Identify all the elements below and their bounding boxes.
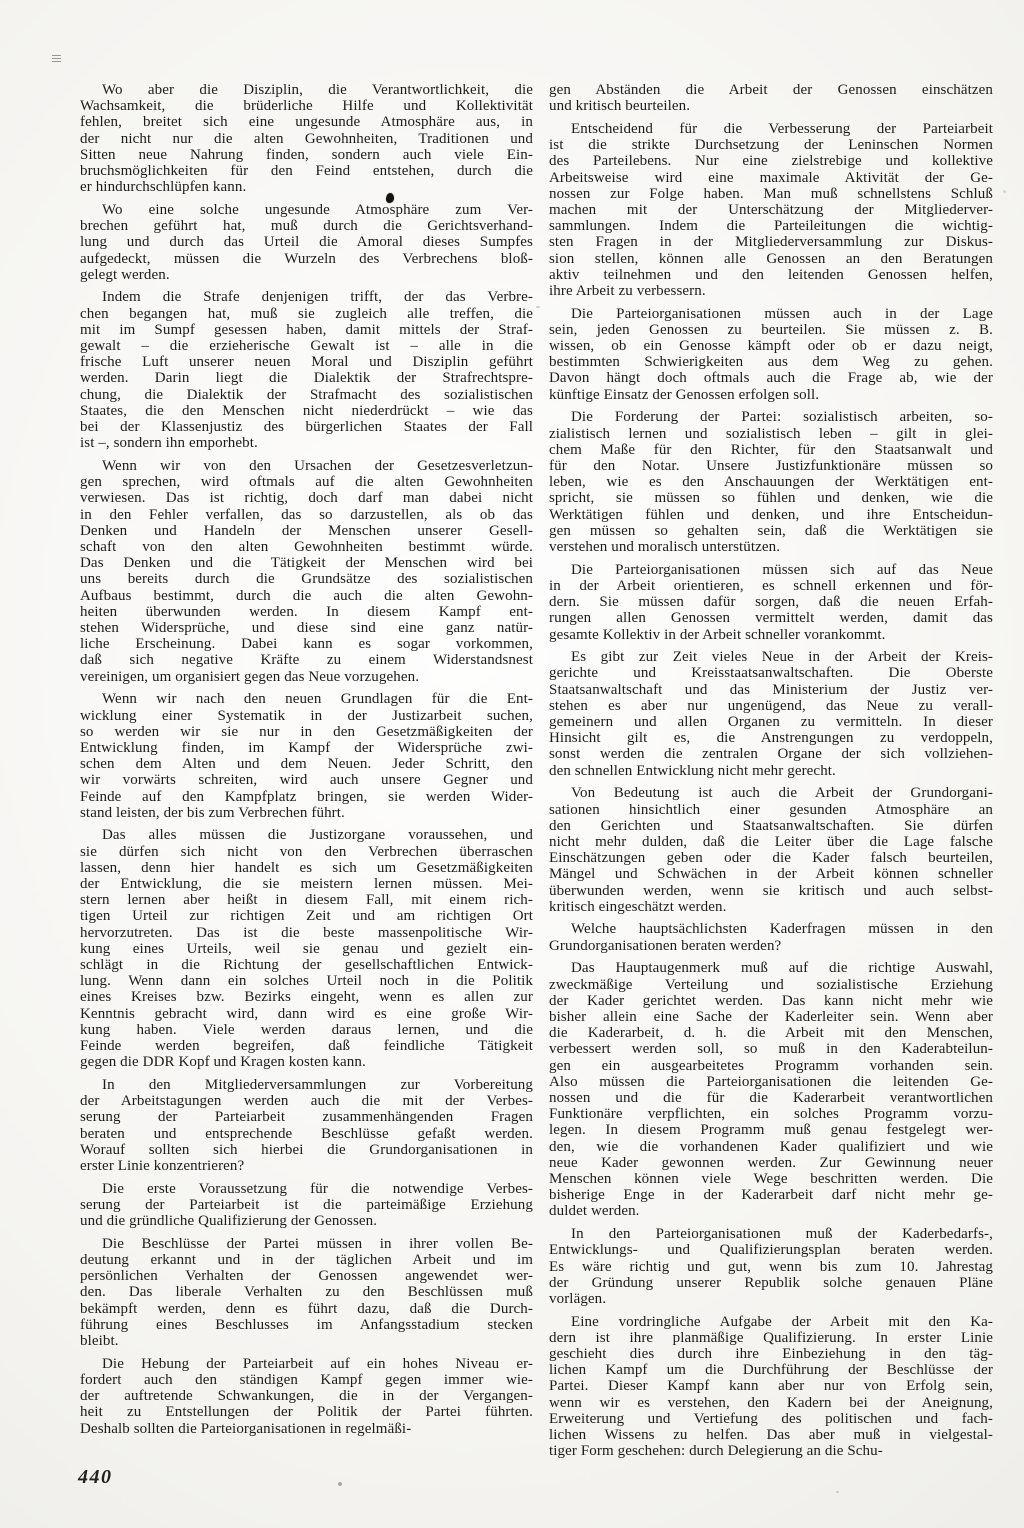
- text-line: Feinde auf den Kampfplatz bringen, sie w…: [80, 789, 533, 805]
- text-line: leben, wie es den Anschauungen der Werkt…: [549, 474, 993, 490]
- text-line: sonst werden die zentralen Organe der si…: [549, 746, 993, 762]
- text-line: so werden wir sie nur in den Gesetzmäßig…: [80, 724, 533, 740]
- text-line: ist die strikte Durchsetzung der Leninsc…: [549, 137, 993, 153]
- text-line: gen sprechen, wird oftmals auf die alten…: [80, 474, 533, 490]
- text-line: Die Parteiorganisationen müssen sich auf…: [549, 562, 993, 578]
- paragraph: Wo aber die Disziplin, die Verantwortlic…: [80, 82, 533, 195]
- text-line: den schnellen Entwicklung nicht mehr ger…: [549, 763, 993, 779]
- text-line: und die gründliche Qualifizierung der Ge…: [80, 1213, 533, 1229]
- text-line: heiten überwunden werden. In diesem Kamp…: [80, 604, 533, 620]
- text-line: für den Notar. Unsere Justizfunktionäre …: [549, 458, 993, 474]
- text-line: sten Fragen in der Mitgliederversammlung…: [549, 234, 993, 250]
- text-line: heit zu Entstellungen der Politik der Pa…: [80, 1404, 533, 1420]
- paragraph: Das alles müssen die Justizorgane voraus…: [80, 827, 533, 1070]
- text-line: Die Hebung der Parteiarbeit auf ein hohe…: [80, 1356, 533, 1372]
- text-line: und kritisch beurteilen.: [549, 98, 993, 114]
- text-line: schlägt in die Richtung der gesellschaft…: [80, 957, 533, 973]
- text-line: Mängel und Schwächen in der Arbeit könne…: [549, 866, 993, 882]
- text-line: lichen Kampf um die Durchführung der Bes…: [549, 1362, 993, 1378]
- text-line: rungen allen Genossen vermittelt werden,…: [549, 610, 993, 626]
- document-page: Wo aber die Disziplin, die Verantwortlic…: [0, 0, 1024, 1528]
- text-line: Staatsanwaltschaft und das Ministerium d…: [549, 682, 993, 698]
- text-line: Werktätigen fühlen und denken, und ihre …: [549, 507, 993, 523]
- text-line: sein, jeden Genossen zu beurteilen. Sie …: [549, 322, 993, 338]
- scan-speck-artifact: [536, 306, 540, 308]
- text-line: erster Linie konzentrieren?: [80, 1158, 533, 1174]
- text-line: wissen, ob ein Genosse kämpft oder ob er…: [549, 338, 993, 354]
- paragraph: Entscheidend für die Verbesserung der Pa…: [549, 121, 993, 299]
- text-line: verstehen und moralisch unterstützen.: [549, 539, 993, 555]
- text-line: verwiesen. Das ist richtig, doch darf ma…: [80, 490, 533, 506]
- text-line: Das alles müssen die Justizorgane voraus…: [80, 827, 533, 843]
- text-line: in der Arbeit orientieren, es schnell er…: [549, 578, 993, 594]
- text-line: den, wie die vorhandenen Kader qualifizi…: [549, 1139, 993, 1155]
- text-line: Funktionäre verpflichten, ein solches Pr…: [549, 1106, 993, 1122]
- text-line: ist –, sondern ihn emporhebt.: [80, 435, 533, 451]
- paragraph: gen Abständen die Arbeit der Genossen ei…: [549, 82, 993, 114]
- text-line: brechen geführt hat, muß durch die Geric…: [80, 218, 533, 234]
- paragraph: Wenn wir von den Ursachen der Gesetzesve…: [80, 458, 533, 685]
- text-line: ihre Arbeit zu verbessern.: [549, 283, 993, 299]
- text-line: schaft von den alten Gewohnheiten bestim…: [80, 539, 533, 555]
- text-line: den Gerichten und Staatsanwaltschaften. …: [549, 818, 993, 834]
- text-line: Wo eine solche ungesunde Atmosphäre zum …: [80, 202, 533, 218]
- text-line: bisherige Enge in der Kaderarbeit darf n…: [549, 1187, 993, 1203]
- paragraph: Die Parteiorganisationen müssen auch in …: [549, 306, 993, 403]
- text-line: Entwicklung finden, im Kampf der Widersp…: [80, 740, 533, 756]
- text-line: Staates, die den Menschen nicht niederdr…: [80, 403, 533, 419]
- text-line: künftige Einsatz der Genossen erfolgen s…: [549, 387, 993, 403]
- text-line: In den Mitgliederversammlungen zur Vorbe…: [80, 1077, 533, 1093]
- text-line: Von Bedeutung ist auch die Arbeit der Gr…: [549, 785, 993, 801]
- text-line: Wachsamkeit, die brüderliche Hilfe und K…: [80, 98, 533, 114]
- text-line: den. Das liberale Verhalten zu den Besch…: [80, 1284, 533, 1300]
- text-line: Das Denken und die Tätigkeit der Mensche…: [80, 555, 533, 571]
- text-line: liche Erscheinung. Dabei kann es sogar v…: [80, 636, 533, 652]
- text-line: spricht, sie müssen so fühlen und denken…: [549, 490, 993, 506]
- text-line: der Gründung unserer Republik solche gen…: [549, 1275, 993, 1291]
- text-line: nicht mehr dulden, daß die Leiter über d…: [549, 834, 993, 850]
- text-line: frische Luft unserer neuen Moral und Dis…: [80, 354, 533, 370]
- paragraph: Es gibt zur Zeit vieles Neue in der Arbe…: [549, 649, 993, 779]
- text-line: Indem die Strafe denjenigen trifft, der …: [80, 289, 533, 305]
- text-line: bestimmten Schwierigkeiten aus dem Weg z…: [549, 354, 993, 370]
- text-line: tigen Urteil zur richtigen Zeit und am r…: [80, 908, 533, 924]
- text-line: schen dem Alten und dem Neuen. Jeder Sch…: [80, 756, 533, 772]
- text-line: lichen Wissens zu helfen. Das aber muß i…: [549, 1427, 993, 1443]
- text-line: gerichte und Kreisstaatsanwaltschaften. …: [549, 665, 993, 681]
- page-number: 440: [78, 1466, 113, 1489]
- text-line: daß sich negative Kräfte zu einem Widers…: [80, 652, 533, 668]
- text-line: Denken und Handeln der Menschen unserer …: [80, 523, 533, 539]
- paragraph: Die Forderung der Partei: sozialistisch …: [549, 409, 993, 555]
- text-line: zialistisch lernen und sozialistisch leb…: [549, 426, 993, 442]
- text-line: Wenn wir von den Ursachen der Gesetzesve…: [80, 458, 533, 474]
- paragraph: Wo eine solche ungesunde Atmosphäre zum …: [80, 202, 533, 283]
- text-line: Die erste Voraussetzung für die notwendi…: [80, 1181, 533, 1197]
- text-line: gen müssen so gehalten sein, daß die Wer…: [549, 523, 993, 539]
- text-line: bisher allein eine Sache der Kaderleiter…: [549, 1009, 993, 1025]
- paragraph: Die Parteiorganisationen müssen sich auf…: [549, 562, 993, 643]
- text-line: dern ist ihre planmäßige Qualifizierung.…: [549, 1330, 993, 1346]
- paragraph: Eine vordringliche Aufgabe der Arbeit mi…: [549, 1314, 993, 1460]
- text-line: gemeinern und allen Organen zu vermittel…: [549, 714, 993, 730]
- paragraph: Indem die Strafe denjenigen trifft, der …: [80, 289, 533, 451]
- text-line: Welche hauptsächlichsten Kaderfragen müs…: [549, 921, 993, 937]
- text-line: Wo aber die Disziplin, die Verantwortlic…: [80, 82, 533, 98]
- text-line: deutung erkannt und in der täglichen Arb…: [80, 1252, 533, 1268]
- scan-speck-artifact: [1003, 190, 1006, 193]
- text-line: gegen die DDR Kopf und Kragen kosten kan…: [80, 1054, 533, 1070]
- text-line: überwunden werden, wenn sie kritisch und…: [549, 883, 993, 899]
- text-line: chung, die Dialektik der Strafmacht des …: [80, 387, 533, 403]
- text-line: werden. Darin liegt die Dialektik der St…: [80, 370, 533, 386]
- text-line: aktiv teilnehmen und den leitenden Genos…: [549, 267, 993, 283]
- text-line: vereinigen, um organisiert gegen das Neu…: [80, 669, 533, 685]
- text-line: bei der Klassenjustiz des bürgerlichen S…: [80, 419, 533, 435]
- text-line: Einschätzungen geben oder die Kader fals…: [549, 850, 993, 866]
- text-line: bekämpft werden, denn es führt dazu, daß…: [80, 1301, 533, 1317]
- text-line: Das Hauptaugenmerk muß auf die richtige …: [549, 960, 993, 976]
- text-line: aufgedeckt, müssen die Wurzeln des Verbr…: [80, 251, 533, 267]
- text-line: Entwicklungs- und Qualifizierungsplan be…: [549, 1242, 993, 1258]
- text-line: Wenn wir nach den neuen Grundlagen für d…: [80, 691, 533, 707]
- text-line: Davon hängt doch oftmals auch die Frage …: [549, 370, 993, 386]
- text-line: sie dürfen sich nicht von den Verbrechen…: [80, 844, 533, 860]
- text-line: serung der Parteiarbeit ist die parteimä…: [80, 1197, 533, 1213]
- text-line: lung und durch das Urteil die Amoral die…: [80, 234, 533, 250]
- text-line: wicklung einer Systematik in der Justiza…: [80, 708, 533, 724]
- text-line: Arbeitsweise wird eine maximale Aktivitä…: [549, 170, 993, 186]
- text-line: lung. Wenn dann ein solches Urteil noch …: [80, 973, 533, 989]
- text-line: Aufbaus bestimmt, durch die auch die alt…: [80, 588, 533, 604]
- text-line: gelegt werden.: [80, 267, 533, 283]
- text-line: lassen, denn hier handelt es sich um Ges…: [80, 860, 533, 876]
- text-line: neue Kader gewonnen werden. Zur Gewinnun…: [549, 1155, 993, 1171]
- text-line: vorlägen.: [549, 1291, 993, 1307]
- text-line: fordert auch den ständigen Kampf gegen i…: [80, 1372, 533, 1388]
- paragraph: Welche hauptsächlichsten Kaderfragen müs…: [549, 921, 993, 953]
- paragraph: Die Beschlüsse der Partei müssen in ihre…: [80, 1236, 533, 1349]
- paragraph: Die erste Voraussetzung für die notwendi…: [80, 1181, 533, 1230]
- text-line: Entscheidend für die Verbesserung der Pa…: [549, 121, 993, 137]
- text-line: persönlichen Verhalten der Genossen ange…: [80, 1268, 533, 1284]
- text-line: kung eines Urteils, weil sie genau und g…: [80, 941, 533, 957]
- text-line: hervorzutreten. Das ist die beste massen…: [80, 925, 533, 941]
- paragraph: In den Mitgliederversammlungen zur Vorbe…: [80, 1077, 533, 1174]
- paragraph: Das Hauptaugenmerk muß auf die richtige …: [549, 960, 993, 1219]
- text-line: führung eines Beschlusses im Anfangsstad…: [80, 1317, 533, 1333]
- text-line: der Arbeitstagungen werden auch die mit …: [80, 1093, 533, 1109]
- text-line: der auftretende Schwankungen, die in der…: [80, 1388, 533, 1404]
- text-line: stand leisten, der bis zum Verbrechen fü…: [80, 805, 533, 821]
- text-line: dern. Sie müssen dafür sorgen, daß die n…: [549, 594, 993, 610]
- text-line: uns bereits durch die Grundsätze des soz…: [80, 571, 533, 587]
- text-line: Deshalb sollten die Parteiorganisationen…: [80, 1421, 533, 1437]
- text-line: eines Kreises bzw. Bezirks eingeht, wenn…: [80, 989, 533, 1005]
- scan-speck-artifact: [836, 1491, 839, 1493]
- text-line: chen begangen hat, muß sie zugleich alle…: [80, 306, 533, 322]
- text-line: Kenntnis gebracht wird, dann wird es ein…: [80, 1006, 533, 1022]
- paragraph: In den Parteiorganisationen muß der Kade…: [549, 1226, 993, 1307]
- text-line: gen ein ausgearbeitetes Programm vorhand…: [549, 1058, 993, 1074]
- text-line: beraten und entsprechende Beschlüsse gef…: [80, 1126, 533, 1142]
- text-line: chem Maße für den Richter, für den Staat…: [549, 442, 993, 458]
- text-line: Die Forderung der Partei: sozialistisch …: [549, 409, 993, 425]
- text-line: der nicht nur die alten Gewohnheiten, Tr…: [80, 131, 533, 147]
- paragraph: Wenn wir nach den neuen Grundlagen für d…: [80, 691, 533, 821]
- text-column-right: gen Abständen die Arbeit der Genossen ei…: [549, 82, 993, 1459]
- text-line: wir vorwärts schreiten, wird auch unsere…: [80, 772, 533, 788]
- text-line: Partei. Dieser Kampf kann aber nur von E…: [549, 1378, 993, 1394]
- scan-speck-artifact: [338, 1482, 342, 1486]
- text-line: sion stellen, können alle Genossen an de…: [549, 251, 993, 267]
- text-line: Hinsicht gilt es, die Anstrengungen zu v…: [549, 730, 993, 746]
- text-line: Es gibt zur Zeit vieles Neue in der Arbe…: [549, 649, 993, 665]
- text-line: der Kader gerichtet werden. Das kann nic…: [549, 993, 993, 1009]
- text-line: serung der Parteiarbeit zusammenhängende…: [80, 1109, 533, 1125]
- text-line: sationen hinsichtlich einer gesunden Atm…: [549, 802, 993, 818]
- text-line: Eine vordringliche Aufgabe der Arbeit mi…: [549, 1314, 993, 1330]
- text-line: Die Beschlüsse der Partei müssen in ihre…: [80, 1236, 533, 1252]
- text-line: In den Parteiorganisationen muß der Kade…: [549, 1226, 993, 1242]
- text-line: Es wäre richtig und gut, wenn bis zum 10…: [549, 1259, 993, 1275]
- text-line: gewalt – die erzieherische Gewalt ist – …: [80, 338, 533, 354]
- text-line: nossen und die für die Kaderarbeit veran…: [549, 1090, 993, 1106]
- text-line: er hindurchschlüpfen kann.: [80, 179, 533, 195]
- paragraph: Von Bedeutung ist auch die Arbeit der Gr…: [549, 785, 993, 915]
- text-line: verbessert werden soll, so muß in den Ka…: [549, 1041, 993, 1057]
- text-line: geschieht dies durch ihre Einbeziehung i…: [549, 1346, 993, 1362]
- text-line: bleibt.: [80, 1333, 533, 1349]
- text-line: machen mit der Unterschätzung der Mitgli…: [549, 202, 993, 218]
- text-line: der Entwicklung, die sie meistern lernen…: [80, 876, 533, 892]
- text-line: Worauf sollten sich hierbei die Grundorg…: [80, 1142, 533, 1158]
- text-line: wenn wir es verstehen, den Kadern bei de…: [549, 1395, 993, 1411]
- text-line: stehen es aber nur ungenügend, das Neue …: [549, 698, 993, 714]
- text-line: duldet werden.: [549, 1203, 993, 1219]
- text-line: Erweiterung und Vertiefung des politisch…: [549, 1411, 993, 1427]
- text-line: stehen Widersprüche, und diese sind eine…: [80, 620, 533, 636]
- text-line: Also müssen die Parteiorganisationen die…: [549, 1074, 993, 1090]
- scan-smudge-artifact: [52, 55, 61, 62]
- text-line: des Parteilebens. Nur eine zielstrebige …: [549, 153, 993, 169]
- text-line: in den Fehler verfallen, das so darzuste…: [80, 507, 533, 523]
- text-line: zweckmäßige Verteilung und sozialistisch…: [549, 977, 993, 993]
- text-line: kung haben. Viele werden daraus lernen, …: [80, 1022, 533, 1038]
- text-line: gesamte Kollektiv in der Arbeit schnelle…: [549, 627, 993, 643]
- text-line: Feinde werden begreifen, daß feindliche …: [80, 1038, 533, 1054]
- text-line: stern lernen aber heißt in diesem Fall, …: [80, 892, 533, 908]
- text-line: legen. In diesem Programm muß genau fest…: [549, 1122, 993, 1138]
- text-line: mit im Sumpf gesessen haben, damit mitte…: [80, 322, 533, 338]
- text-line: Grundorganisationen beraten werden?: [549, 938, 993, 954]
- text-column-left: Wo aber die Disziplin, die Verantwortlic…: [80, 82, 533, 1437]
- text-line: Die Parteiorganisationen müssen auch in …: [549, 306, 993, 322]
- text-line: sammlungen. Indem die Parteileitungen di…: [549, 218, 993, 234]
- text-line: bruchsmöglichkeiten für den Feind entste…: [80, 163, 533, 179]
- text-line: fehlen, breitet sich eine ungesunde Atmo…: [80, 114, 533, 130]
- text-line: Menschen können viele Wege beschritten w…: [549, 1171, 993, 1187]
- paragraph: Die Hebung der Parteiarbeit auf ein hohe…: [80, 1356, 533, 1437]
- text-line: die Kaderarbeit, d. h. die Arbeit mit de…: [549, 1025, 993, 1041]
- text-line: nossen zur Folge haben. Man muß schnells…: [549, 186, 993, 202]
- text-line: Sitten neue Nahrung finden, sondern auch…: [80, 147, 533, 163]
- text-line: gen Abständen die Arbeit der Genossen ei…: [549, 82, 993, 98]
- text-line: tiger Form geschehen: durch Delegierung …: [549, 1443, 993, 1459]
- text-line: kritisch eingeschätzt werden.: [549, 899, 993, 915]
